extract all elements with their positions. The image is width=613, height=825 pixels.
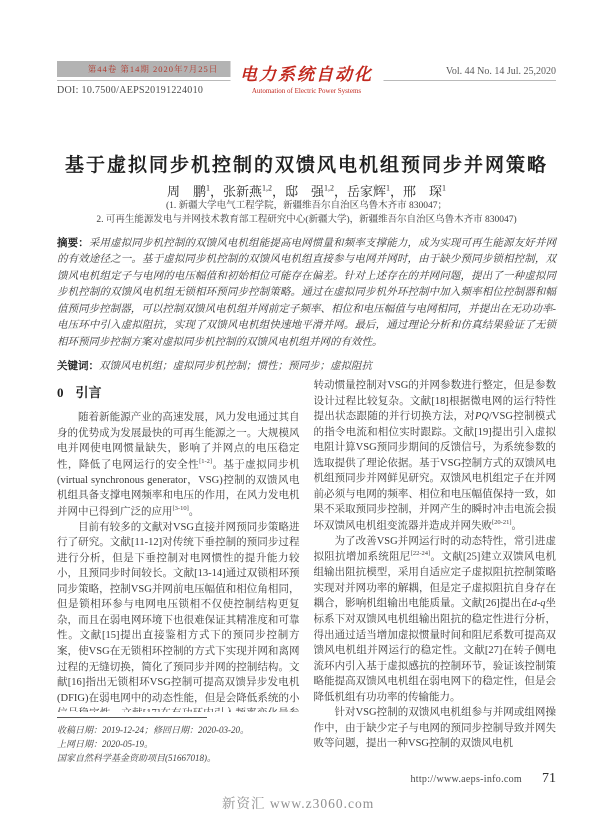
footnote-divider: [57, 717, 207, 718]
paper-title: 基于虚拟同步机控制的双馈风电机组预同步并网策略: [0, 150, 613, 177]
section-title: 引言: [76, 385, 102, 400]
body-paragraph: 为了改善VSG并网运行时的动态特性，常引进虚拟阻抗增加系统阻尼[22-24]。文…: [314, 534, 557, 705]
footnote-block: 收稿日期：2019-12-24；修回日期：2020-03-20。 上网日期：20…: [57, 712, 300, 766]
abstract-paragraph: 摘要：采用虚拟同步机控制的双馈风电机组能提高电网惯量和频率支撑能力，成为实现可再…: [57, 236, 556, 351]
affiliations: (1. 新疆大学电气工程学院，新疆维吾尔自治区乌鲁木齐市 830047； 2. …: [0, 200, 613, 228]
abstract-section: 摘要：采用虚拟同步机控制的双馈风电机组能提高电网惯量和频率支撑能力，成为实现可再…: [57, 236, 556, 373]
page-number: 71: [542, 771, 556, 787]
page-footer: http://www.aeps-info.com 71: [410, 771, 556, 787]
journal-name-cn: 电力系统自动化: [240, 60, 373, 85]
keywords-line: 关键词：双馈风电机组；虚拟同步机控制；惯性；预同步；虚拟阻抗: [57, 358, 556, 373]
paper-page: 第44卷 第14期 2020年7月25日 DOI: 10.7500/AEPS20…: [0, 0, 613, 825]
section-heading: 0引言: [57, 382, 300, 401]
section-number: 0: [57, 385, 64, 400]
body-paragraph: 转动惯量控制对VSG的并网参数进行整定，但是参数设计过程比较复杂。文献[18]根…: [314, 378, 557, 534]
footnote-received-date: 收稿日期：2019-12-24；修回日期：2020-03-20。: [57, 724, 300, 738]
volume-info: Vol. 44 No. 14 Jul. 25,2020: [446, 66, 556, 77]
left-column: 0引言 随着新能源产业的高速发展，风力发电通过其自身的优势成为发展最快的可再生能…: [57, 378, 300, 766]
doi-text: DOI: 10.7500/AEPS20191224010: [57, 85, 203, 96]
issue-info-bar: 第44卷 第14期 2020年7月25日: [57, 61, 249, 77]
watermark-text: 新资汇 www.z3060.com: [222, 792, 374, 812]
author-list: 周 鹏1，张新燕1,2，邸 强1,2，岳家辉1，邢 琛1: [0, 181, 613, 200]
affiliation-2: 2. 可再生能源发电与并网技术教育部工程研究中心(新疆大学)，新疆维吾尔自治区乌…: [0, 214, 613, 228]
keywords-text: 双馈风电机组；虚拟同步机控制；惯性；预同步；虚拟阻抗: [99, 361, 372, 372]
body-paragraph: 针对VSG控制的双馈风电机组参与并网或组网操作中，由于缺少定子与电网的预同步控制…: [314, 705, 557, 752]
right-column: 转动惯量控制对VSG的并网参数进行整定，但是参数设计过程比较复杂。文献[18]根…: [314, 378, 557, 766]
body-paragraph: 随着新能源产业的高速发展，风力发电通过其自身的优势成为发展最快的可再生能源之一。…: [57, 410, 300, 520]
abstract-text: 采用虚拟同步机控制的双馈风电机组能提高电网惯量和频率支撑能力，成为实现可再生能源…: [57, 238, 556, 348]
body-paragraph: 目前有较多的文献对VSG直接并网预同步策略进行了研究。文献[11-12]对传统下…: [57, 520, 300, 737]
footnote-funding: 国家自然科学基金资助项目(51667018)。: [57, 752, 300, 766]
affiliation-1: (1. 新疆大学电气工程学院，新疆维吾尔自治区乌鲁木齐市 830047；: [0, 200, 613, 214]
body-columns: 0引言 随着新能源产业的高速发展，风力发电通过其自身的优势成为发展最快的可再生能…: [57, 378, 556, 766]
abstract-label: 摘要：: [57, 238, 89, 249]
journal-name-en: Automation of Electric Power Systems: [240, 87, 373, 95]
footnote-online-date: 上网日期：2020-05-19。: [57, 738, 300, 752]
journal-logo: 电力系统自动化 Automation of Electric Power Sys…: [230, 60, 383, 95]
keywords-label: 关键词：: [57, 361, 99, 372]
footer-url: http://www.aeps-info.com: [410, 774, 522, 785]
